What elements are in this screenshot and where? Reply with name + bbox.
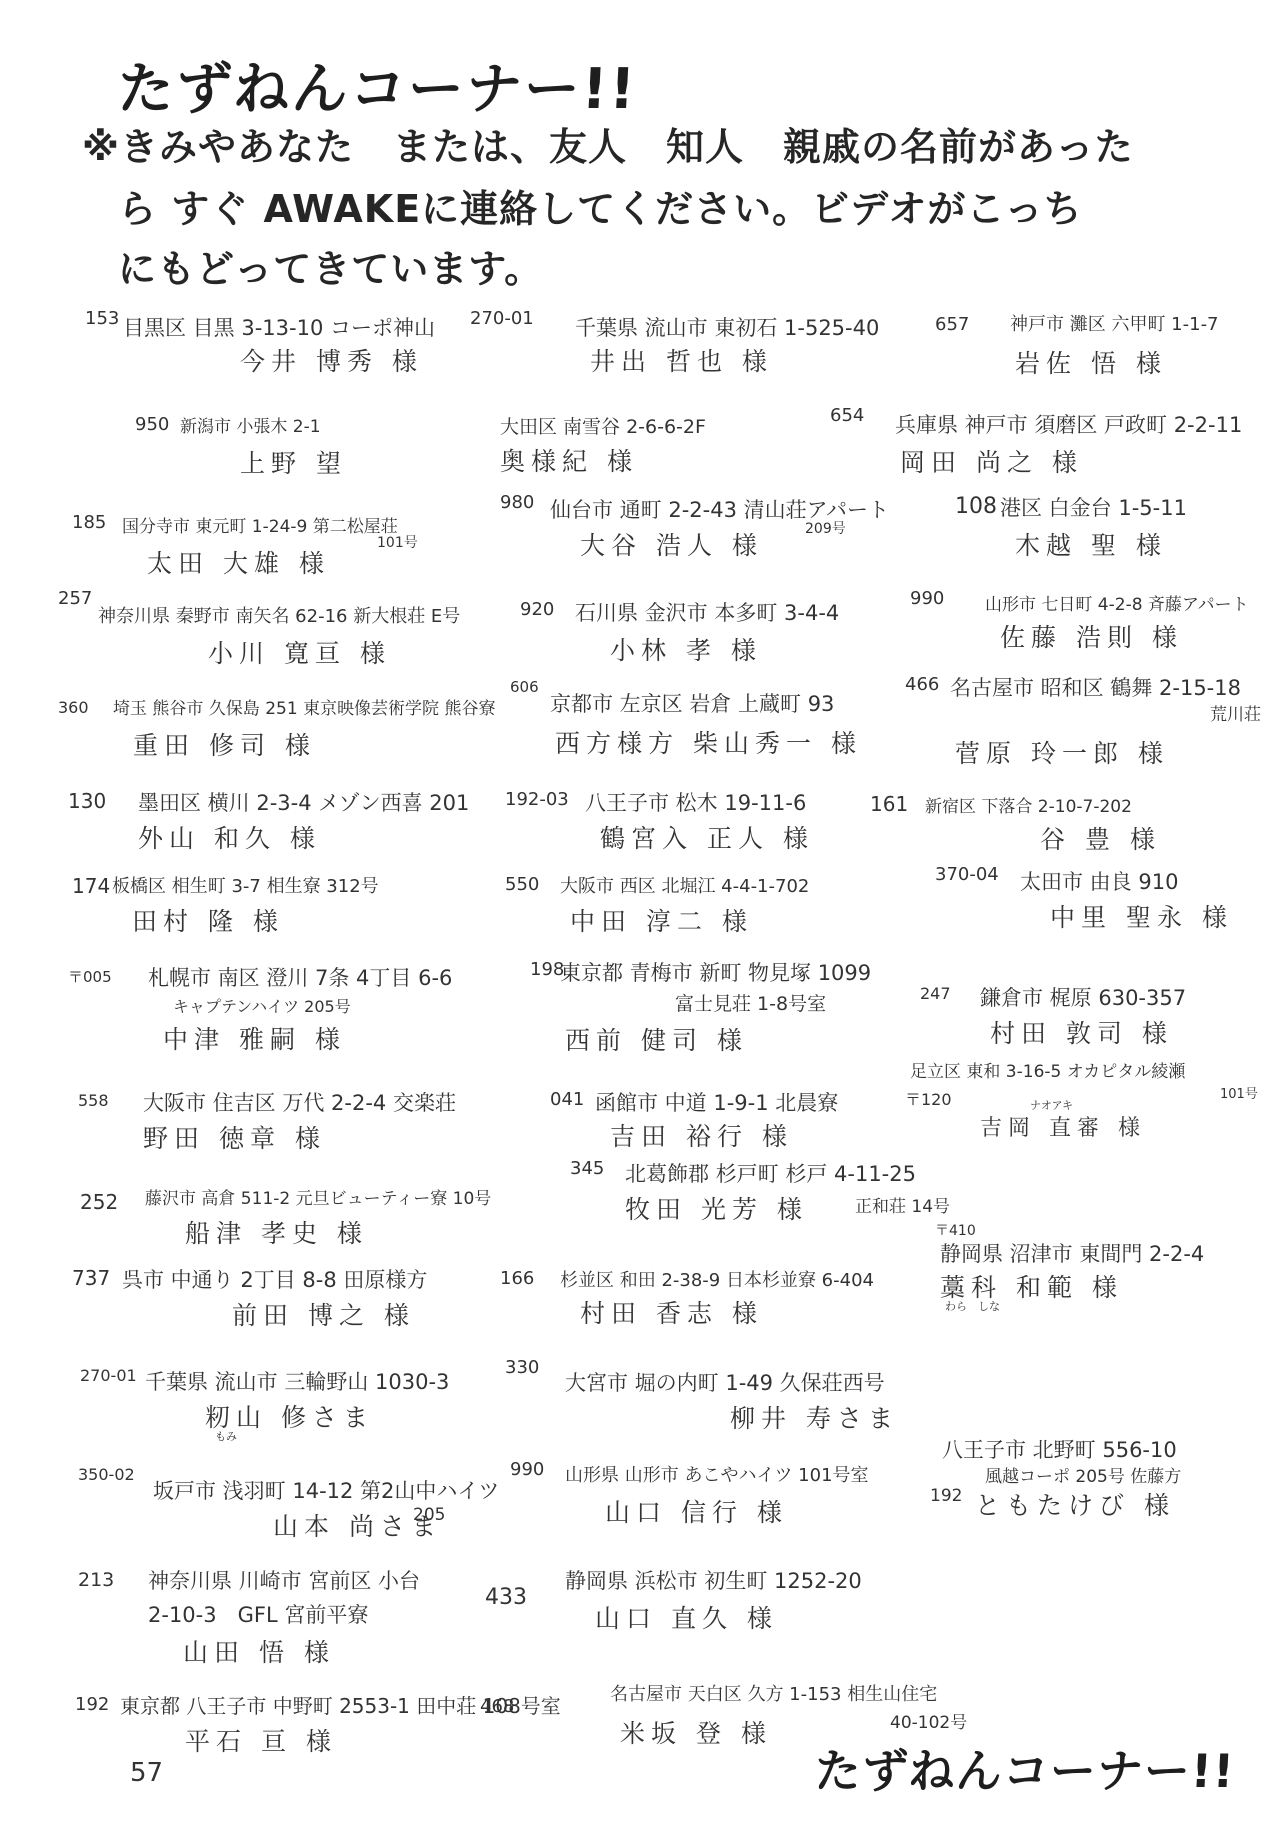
address: 札幌市 南区 澄川 7条 4丁目 6-6 bbox=[148, 962, 452, 992]
recipient-name: 前田 博之 様 bbox=[232, 1296, 415, 1332]
address: 大阪市 西区 北堀江 4-4-1-702 bbox=[560, 872, 809, 898]
recipient-name: 吉田 裕行 様 bbox=[610, 1117, 793, 1153]
postal-code: 950 bbox=[135, 414, 169, 435]
address: 埼玉 熊谷市 久保島 251 東京映像芸術学院 熊谷寮 bbox=[113, 694, 495, 719]
postal-code: 558 bbox=[78, 1091, 109, 1110]
address: 北葛飾郡 杉戸町 杉戸 4-11-25 bbox=[625, 1158, 916, 1188]
recipient-name: 重田 修司 様 bbox=[133, 726, 316, 762]
postal-code: 108 bbox=[955, 494, 997, 519]
postal-code: 041 bbox=[550, 1089, 584, 1110]
postal-code: 606 bbox=[510, 678, 539, 696]
recipient-name: 谷 豊 様 bbox=[1040, 820, 1161, 856]
recipient-name: ともたけび 様 bbox=[975, 1486, 1175, 1522]
postal-code: 980 bbox=[500, 492, 534, 513]
postal-code: 161 bbox=[870, 792, 908, 816]
recipient-name: 佐藤 浩則 様 bbox=[1000, 618, 1183, 654]
address: 名古屋市 天白区 久方 1-153 相生山住宅 bbox=[610, 1680, 937, 1706]
address: 石川県 金沢市 本多町 3-4-4 bbox=[575, 597, 839, 627]
address-line-2: 正和荘 14号 bbox=[855, 1192, 950, 1217]
notice-line-1: ※きみやあなた または、友人 知人 親戚の名前があった bbox=[82, 118, 1134, 176]
recipient-name: 上野 望 bbox=[240, 444, 347, 480]
recipient-name: 山田 悟 様 bbox=[183, 1633, 335, 1669]
postal-code: 920 bbox=[520, 599, 554, 620]
address-line-2: キャプテンハイツ 205号 bbox=[173, 994, 351, 1017]
recipient-name: 山口 信行 様 bbox=[605, 1493, 788, 1529]
address: 静岡県 沼津市 東間門 2-2-4 bbox=[940, 1238, 1204, 1268]
postal-code: 468 bbox=[480, 1696, 514, 1717]
address: 山形県 山形市 あこやハイツ 101号室 bbox=[565, 1461, 869, 1487]
address: 神奈川県 秦野市 南矢名 62-16 新大根荘 E号 bbox=[98, 602, 460, 628]
recipient-name: 岩佐 悟 様 bbox=[1015, 344, 1167, 380]
address: 千葉県 流山市 東初石 1-525-40 bbox=[575, 312, 879, 342]
postal-code: 990 bbox=[510, 1459, 544, 1480]
postal-code: 166 bbox=[500, 1268, 534, 1289]
address-line-2: 2-10-3 GFL 宮前平寮 bbox=[148, 1599, 368, 1629]
address-line-2: 荒川荘 bbox=[1210, 700, 1261, 725]
recipient-name: 鶴宮入 正人 様 bbox=[600, 819, 814, 855]
recipient-name: 中津 雅嗣 様 bbox=[163, 1020, 346, 1056]
address: 鎌倉市 梶原 630-357 bbox=[980, 982, 1186, 1012]
address-line-2: 風越コーポ 205号 佐藤方 bbox=[985, 1462, 1181, 1487]
address: 太田市 由良 910 bbox=[1020, 866, 1178, 896]
address: 杉並区 和田 2-38-9 日本杉並寮 6-404 bbox=[560, 1266, 874, 1292]
recipient-name: 中里 聖永 様 bbox=[1050, 898, 1233, 934]
address: 静岡県 浜松市 初生町 1252-20 bbox=[565, 1565, 862, 1595]
recipient-name: 田村 隆 様 bbox=[132, 902, 284, 938]
address: 新宿区 下落合 2-10-7-202 bbox=[925, 792, 1132, 817]
address-line-2: 富士見荘 1-8号室 bbox=[675, 989, 826, 1016]
address: 国分寺市 東元町 1-24-9 第二松屋荘 bbox=[122, 512, 398, 537]
address: 名古屋市 昭和区 鶴舞 2-15-18 bbox=[950, 672, 1241, 702]
recipient-name: 大谷 浩人 様 bbox=[580, 526, 763, 562]
postal-code: 370-04 bbox=[935, 864, 999, 885]
postal-code: 〒410 bbox=[935, 1220, 976, 1240]
postal-code: 192-03 bbox=[505, 789, 569, 810]
address: 神奈川県 川崎市 宮前区 小台 bbox=[148, 1565, 420, 1595]
address: 坂戸市 浅羽町 14-12 第2山中ハイツ bbox=[153, 1475, 499, 1505]
address: 呉市 中通り 2丁目 8-8 田原様方 bbox=[122, 1264, 427, 1294]
postal-code: 360 bbox=[58, 698, 89, 717]
recipient-name: 柳井 寿さま bbox=[730, 1399, 899, 1435]
postal-code: 654 bbox=[830, 405, 864, 426]
postal-code: 550 bbox=[505, 874, 539, 895]
postal-code: 990 bbox=[910, 588, 944, 609]
address: 新潟市 小張木 2-1 bbox=[180, 412, 321, 437]
recipient-name: 太田 大雄 様 bbox=[147, 544, 330, 580]
recipient-name: 村田 敦司 様 bbox=[990, 1014, 1173, 1050]
address: 千葉県 流山市 三輪野山 1030-3 bbox=[145, 1366, 449, 1396]
recipient-name: 米坂 登 様 bbox=[620, 1714, 772, 1750]
postal-code: 153 bbox=[85, 308, 119, 329]
postal-code: 433 bbox=[485, 1585, 527, 1610]
postal-code: 466 bbox=[905, 674, 939, 695]
address: 大宮市 堀の内町 1-49 久保荘西号 bbox=[565, 1367, 885, 1397]
recipient-name: 木越 聖 様 bbox=[1015, 526, 1167, 562]
recipient-name: 西前 健司 様 bbox=[565, 1021, 748, 1057]
postal-code: 257 bbox=[58, 588, 92, 609]
recipient-name: 山本 尚さま bbox=[273, 1507, 442, 1543]
address-line-2: 40-102号 bbox=[890, 1708, 967, 1733]
address: 港区 白金台 1-5-11 bbox=[1000, 492, 1187, 522]
recipient-name: 西方様方 柴山秀一 様 bbox=[555, 724, 862, 760]
name-reading: わら しな bbox=[945, 1298, 1000, 1314]
address: 山形市 七日町 4-2-8 斉藤アパート bbox=[985, 590, 1249, 615]
postal-code: 130 bbox=[68, 789, 106, 813]
page-number: 57 bbox=[130, 1758, 163, 1788]
recipient-name: 奥様紀 様 bbox=[500, 442, 638, 478]
postal-code: 270-01 bbox=[470, 308, 534, 329]
postal-code: 192 bbox=[930, 1486, 962, 1506]
recipient-name: 中田 淳二 様 bbox=[570, 902, 753, 938]
recipient-name: 船津 孝史 様 bbox=[185, 1214, 368, 1250]
recipient-name: 平石 亘 様 bbox=[185, 1722, 337, 1758]
postal-code: 213 bbox=[78, 1569, 114, 1591]
address-line-2: 101号 bbox=[1220, 1083, 1258, 1102]
recipient-name: 外山 和久 様 bbox=[138, 819, 321, 855]
address: 板橋区 相生町 3-7 相生寮 312号 bbox=[112, 872, 379, 898]
postal-code: 737 bbox=[72, 1266, 110, 1290]
page-title: たずねんコーナー!! bbox=[116, 45, 639, 125]
recipient-name: 今井 博秀 様 bbox=[240, 342, 423, 378]
notice-line-3: にもどってきています。 bbox=[118, 240, 543, 298]
postal-code: 185 bbox=[72, 512, 106, 533]
address: 兵庫県 神戸市 須磨区 戸政町 2-2-11 bbox=[895, 409, 1242, 439]
address: 足立区 東和 3-16-5 オカピタル綾瀬 bbox=[910, 1057, 1185, 1082]
address: 函館市 中道 1-9-1 北晨寮 bbox=[595, 1087, 838, 1117]
postal-code: 〒005 bbox=[68, 966, 112, 987]
address: 八王子市 北野町 556-10 bbox=[942, 1434, 1177, 1464]
address-line-2: 101号 bbox=[377, 532, 418, 552]
address: 墨田区 横川 2-3-4 メゾン西喜 201 bbox=[138, 787, 469, 817]
address: 神戸市 灘区 六甲町 1-1-7 bbox=[1010, 310, 1219, 336]
recipient-name: 吉岡 直審 様 bbox=[980, 1111, 1146, 1142]
name-reading: もみ bbox=[215, 1428, 237, 1444]
postal-code: 174 bbox=[72, 874, 110, 898]
footer-title: たずねんコーナー!! bbox=[813, 1735, 1236, 1801]
postal-code: 350-02 bbox=[78, 1465, 135, 1484]
recipient-name: 岡田 尚之 様 bbox=[900, 443, 1083, 479]
postal-code: 252 bbox=[80, 1190, 118, 1214]
recipient-name: 小林 孝 様 bbox=[610, 631, 762, 667]
address: 八王子市 松木 19-11-6 bbox=[585, 787, 806, 817]
postal-code: 345 bbox=[570, 1158, 604, 1179]
postal-code: 657 bbox=[935, 314, 969, 335]
address: 大阪市 住吉区 万代 2-2-4 交楽荘 bbox=[143, 1087, 456, 1117]
recipient-name: 野田 徳章 様 bbox=[143, 1119, 326, 1155]
postal-code: 247 bbox=[920, 984, 951, 1003]
recipient-name: 小川 寛亘 様 bbox=[208, 634, 391, 670]
recipient-name: 村田 香志 様 bbox=[580, 1294, 763, 1330]
recipient-name: 井出 哲也 様 bbox=[590, 342, 773, 378]
notice-line-2: ら すぐ AWAKEに連絡してください。ビデオがこっち bbox=[118, 180, 1083, 238]
postal-code: 192 bbox=[75, 1694, 109, 1715]
address: 大田区 南雪谷 2-6-6-2F bbox=[500, 412, 706, 439]
postal-code: 〒120 bbox=[905, 1087, 952, 1110]
recipient-name: 菅原 玲一郎 様 bbox=[955, 734, 1169, 770]
address: 東京都 青梅市 新町 物見塚 1099 bbox=[560, 957, 871, 987]
recipient-name: 牧田 光芳 様 bbox=[625, 1190, 808, 1226]
address: 藤沢市 高倉 511-2 元旦ビューティー寮 10号 bbox=[145, 1184, 491, 1209]
recipient-name: 山口 直久 様 bbox=[595, 1599, 778, 1635]
postal-code: 270-01 bbox=[80, 1366, 137, 1385]
address: 目黒区 目黒 3-13-10 コーポ神山 bbox=[123, 312, 435, 342]
address-line-2: 209号 bbox=[805, 518, 846, 538]
address: 京都市 左京区 岩倉 上蔵町 93 bbox=[550, 688, 834, 718]
postal-code: 330 bbox=[505, 1357, 539, 1378]
